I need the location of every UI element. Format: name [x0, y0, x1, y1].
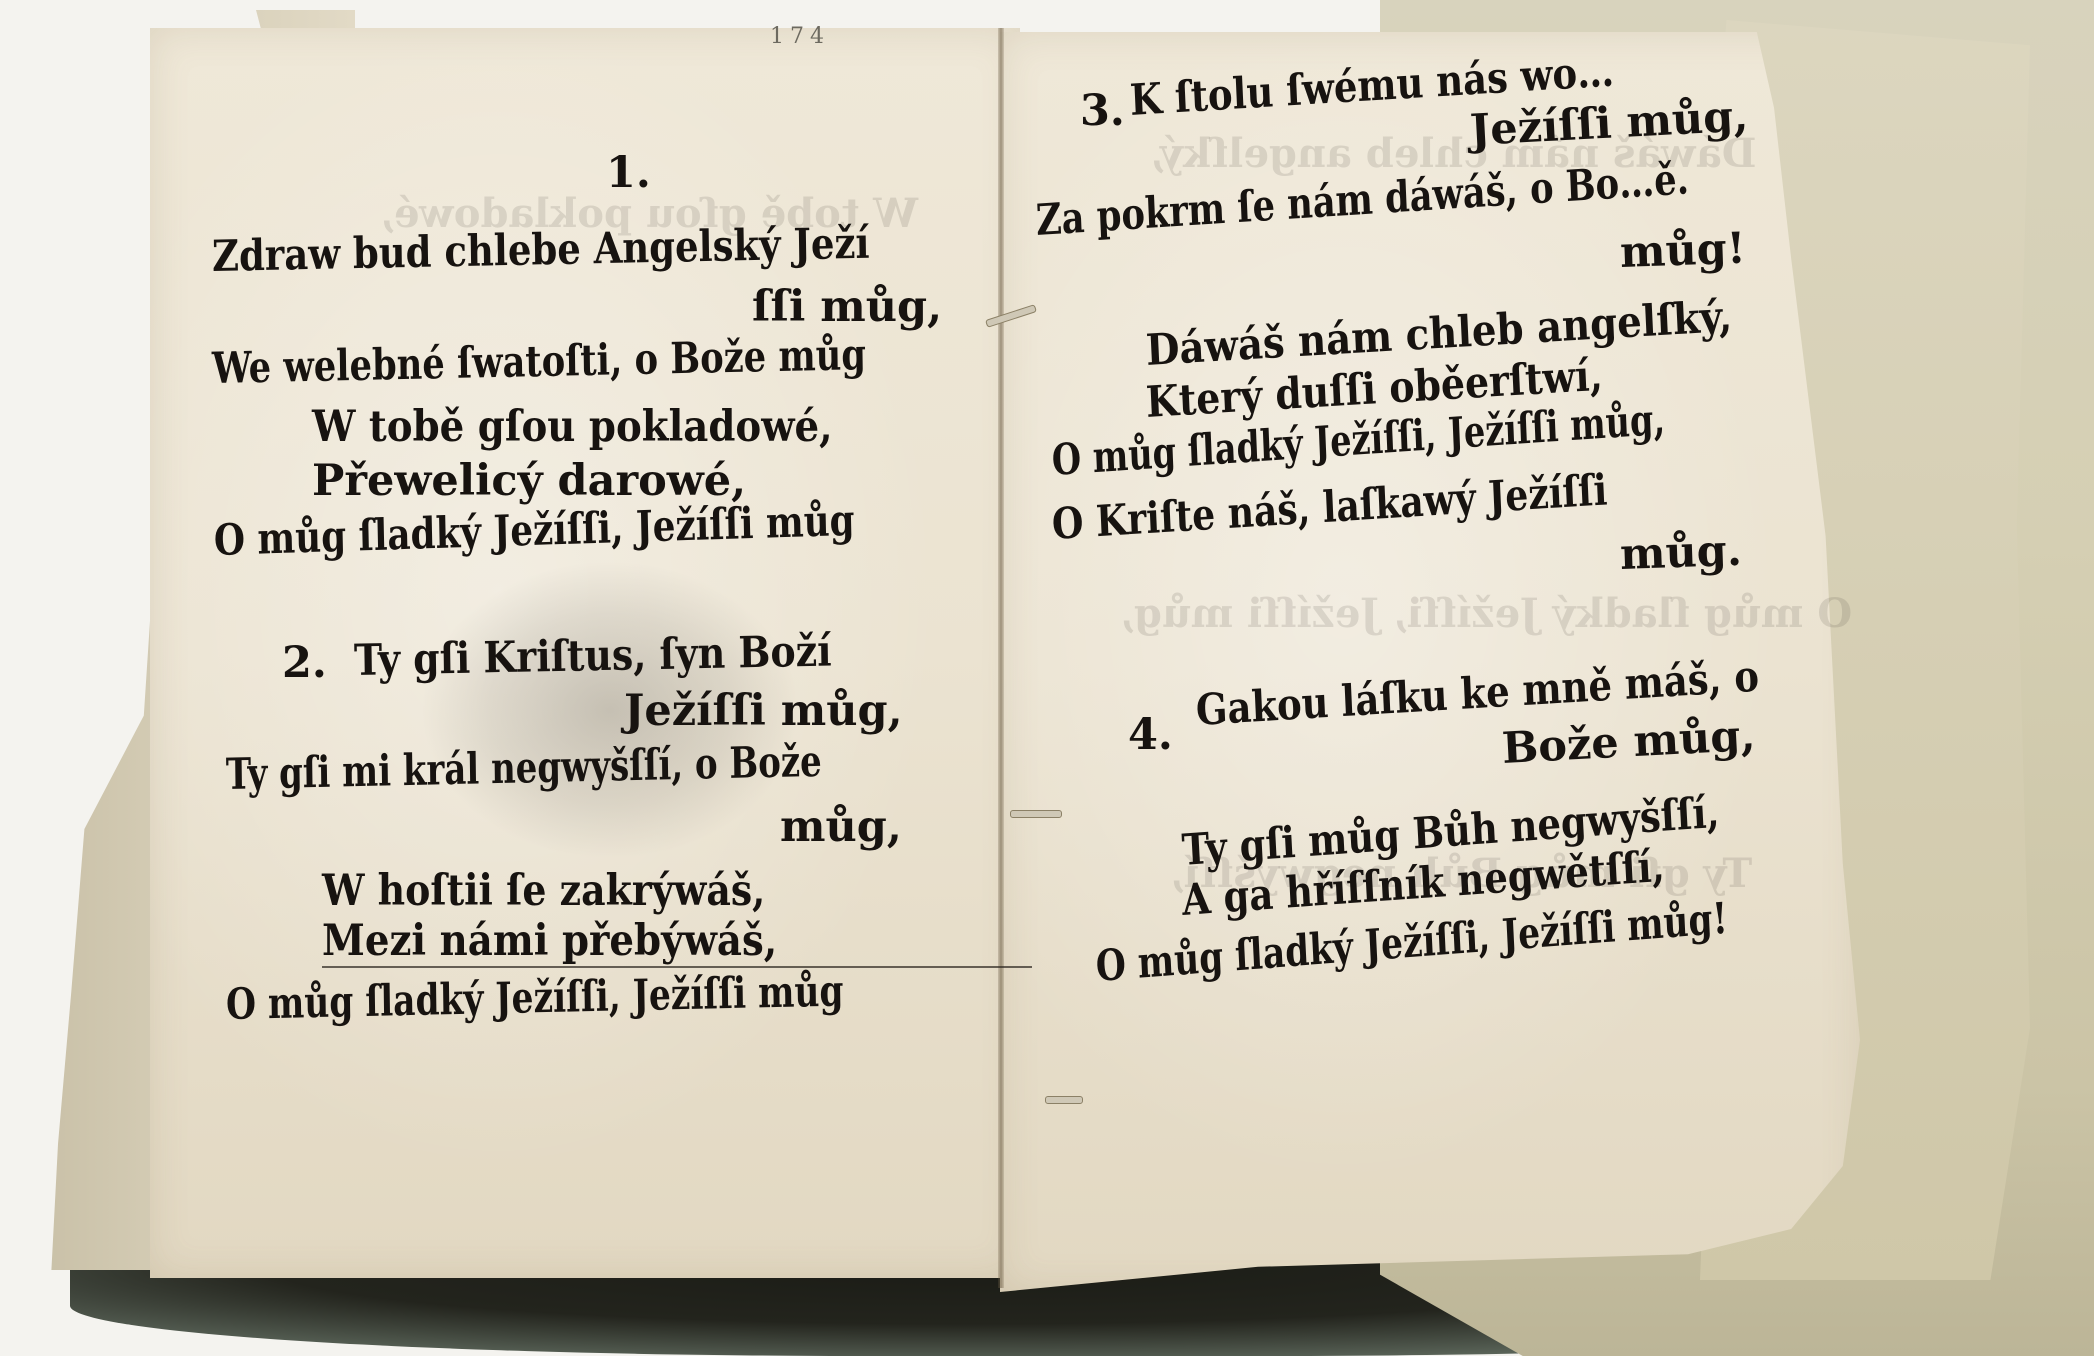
lyric-line: můg, [780, 806, 902, 849]
lyric-line: Bože můg, [1501, 715, 1756, 771]
lyric-line: můg! [1619, 228, 1746, 275]
lyric-line: Zdraw bud chlebe Angelský Ježí [212, 223, 870, 279]
stanza-number: 2. [282, 642, 327, 685]
binding-stitch [1045, 1096, 1083, 1104]
lyric-line: Přewelicý darowé, [312, 460, 746, 503]
underline-rule [322, 966, 1032, 968]
lyric-line: ſſi můg, [752, 286, 942, 329]
stanza-number: 4. [1128, 714, 1173, 757]
lyric-line: Ty gſi mi král negwyšſſí, o Bože [226, 741, 822, 797]
lyric-line: O můg ſladký Ježíſſi, Ježíſſi můg [226, 971, 844, 1027]
lyric-line: Ty gſi Kriſtus, ſyn Boží [354, 631, 832, 683]
lyric-line: W tobě gſou pokladowé, [312, 406, 833, 449]
lyric-line: Mezi námi přebýwáš, [322, 920, 777, 963]
stanza-number: 3. [1080, 90, 1125, 133]
binding-stitch [1010, 810, 1062, 818]
lyric-line: W hoſtii ſe zakrýwáš, [322, 870, 765, 913]
scanned-book-spread: 174 Dáwáš nám chleb angelſký, O můg ſlad… [0, 0, 2094, 1356]
show-through-text: O můg ſladký Ježíſſi, Ježíſſi můg, [1120, 590, 1852, 637]
stanza-number: 1. [606, 152, 651, 195]
lyric-line: Ježíſſi můg, [624, 690, 903, 733]
lyric-line: můg. [1619, 530, 1742, 577]
page-number: 174 [770, 24, 830, 49]
book-gutter [998, 28, 1004, 1288]
